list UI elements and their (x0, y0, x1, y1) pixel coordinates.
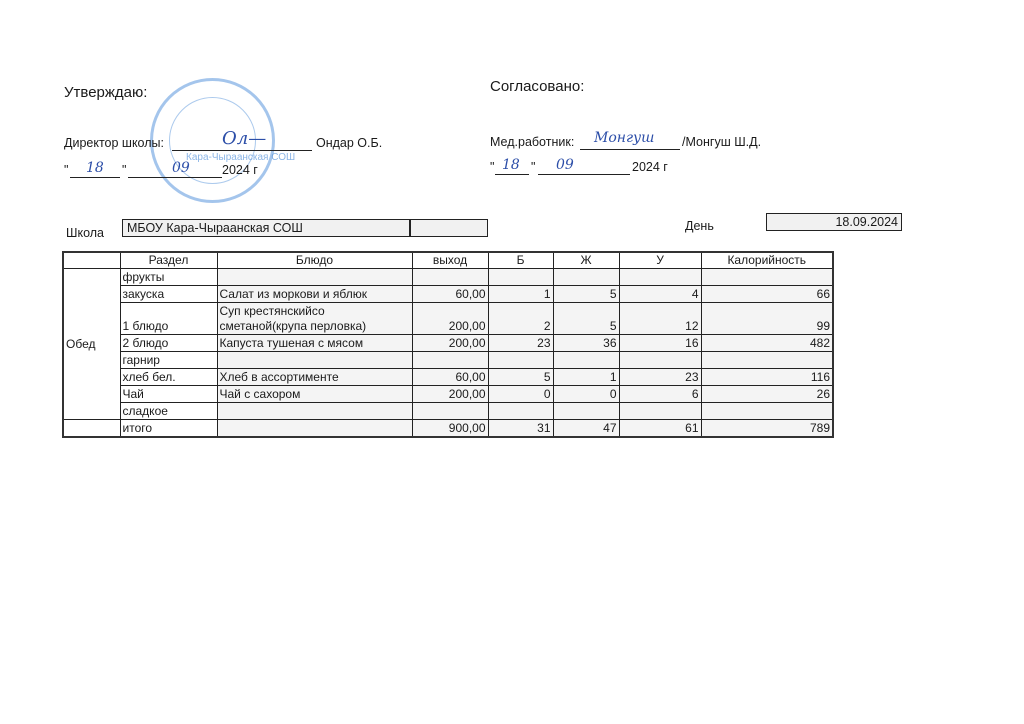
zh-cell (553, 269, 619, 286)
menu-table: Раздел Блюдо выход Б Ж У Калорийность Об… (62, 251, 834, 438)
zh-cell: 5 (553, 286, 619, 303)
med-signature-line (580, 149, 680, 150)
section-cell: сладкое (120, 403, 217, 420)
table-row: хлеб бел.Хлеб в ассортименте60,005123116 (63, 369, 833, 386)
zh-cell: 1 (553, 369, 619, 386)
b-cell (488, 269, 553, 286)
zh-cell (553, 403, 619, 420)
header-protein: Б (488, 252, 553, 269)
meal-cell-blank (63, 420, 120, 438)
zh-cell: 5 (553, 303, 619, 335)
med-day: 18 (502, 157, 520, 173)
med-date-quote-open: " (490, 160, 494, 174)
day-label: День (685, 219, 714, 233)
meal-cell: Обед (63, 269, 120, 420)
med-month: 09 (556, 157, 574, 173)
header-carbs: У (619, 252, 701, 269)
b-cell (488, 352, 553, 369)
table-row: 2 блюдоКапуста тушеная с мясом200,002336… (63, 335, 833, 352)
output-cell (412, 352, 488, 369)
dish-cell: Капуста тушеная с мясом (217, 335, 412, 352)
u-cell: 6 (619, 386, 701, 403)
section-cell: гарнир (120, 352, 217, 369)
u-cell: 12 (619, 303, 701, 335)
director-month: 09 (172, 160, 190, 176)
dish-cell (217, 403, 412, 420)
zh-cell: 47 (553, 420, 619, 438)
kcal-cell: 26 (701, 386, 833, 403)
b-cell: 0 (488, 386, 553, 403)
header-calories: Калорийность (701, 252, 833, 269)
output-cell: 900,00 (412, 420, 488, 438)
kcal-cell: 99 (701, 303, 833, 335)
b-cell: 1 (488, 286, 553, 303)
section-cell: итого (120, 420, 217, 438)
output-cell: 60,00 (412, 286, 488, 303)
zh-cell: 0 (553, 386, 619, 403)
med-date-quote-close: " (531, 160, 535, 174)
dish-cell (217, 269, 412, 286)
dish-cell: Салат из моркови и яблюк (217, 286, 412, 303)
u-cell (619, 269, 701, 286)
header-output: выход (412, 252, 488, 269)
dish-cell: Чай с сахором (217, 386, 412, 403)
day-field: 18.09.2024 (766, 213, 902, 231)
b-cell: 31 (488, 420, 553, 438)
kcal-cell (701, 269, 833, 286)
section-cell: Чай (120, 386, 217, 403)
u-cell (619, 352, 701, 369)
med-year: 2024 г (632, 160, 668, 174)
table-row: закускаСалат из моркови и яблюк60,001546… (63, 286, 833, 303)
table-row: ЧайЧай с сахором200,0000626 (63, 386, 833, 403)
u-cell (619, 403, 701, 420)
kcal-cell: 116 (701, 369, 833, 386)
kcal-cell (701, 403, 833, 420)
dish-cell: Суп крестянскийсо сметаной(крупа перловк… (217, 303, 412, 335)
table-row: 1 блюдоСуп крестянскийсо сметаной(крупа … (63, 303, 833, 335)
output-cell: 200,00 (412, 386, 488, 403)
director-name: Ондар О.Б. (316, 136, 382, 150)
director-day: 18 (86, 160, 104, 176)
output-cell: 60,00 (412, 369, 488, 386)
output-cell (412, 403, 488, 420)
date-quote-open: " (64, 163, 68, 177)
table-row: гарнир (63, 352, 833, 369)
director-label: Директор школы: (64, 136, 164, 150)
med-signature: Монгуш (594, 130, 654, 146)
section-cell: 1 блюдо (120, 303, 217, 335)
b-cell: 23 (488, 335, 553, 352)
director-signature: Ол— (222, 128, 266, 149)
dish-cell (217, 352, 412, 369)
table-row: сладкое (63, 403, 833, 420)
director-signature-line (172, 150, 312, 151)
med-month-line (538, 174, 630, 175)
kcal-cell: 789 (701, 420, 833, 438)
dish-cell: Хлеб в ассортименте (217, 369, 412, 386)
approval-title: Утверждаю: (64, 84, 147, 101)
med-name: /Монгуш Ш.Д. (682, 135, 761, 149)
month-line (128, 177, 222, 178)
table-row: итого900,00314761789 (63, 420, 833, 438)
school-extra-field (410, 219, 488, 237)
u-cell: 23 (619, 369, 701, 386)
director-year: 2024 г (222, 163, 258, 177)
section-cell: 2 блюдо (120, 335, 217, 352)
u-cell: 4 (619, 286, 701, 303)
output-cell: 200,00 (412, 303, 488, 335)
dish-cell (217, 420, 412, 438)
header-fat: Ж (553, 252, 619, 269)
output-cell: 200,00 (412, 335, 488, 352)
agreed-title: Согласовано: (490, 78, 584, 95)
stamp-text: Кара-Чыраанская СОШ (186, 152, 295, 163)
b-cell: 2 (488, 303, 553, 335)
med-label: Мед.работник: (490, 135, 574, 149)
table-row: Обедфрукты (63, 269, 833, 286)
u-cell: 16 (619, 335, 701, 352)
kcal-cell (701, 352, 833, 369)
kcal-cell: 482 (701, 335, 833, 352)
zh-cell: 36 (553, 335, 619, 352)
section-cell: хлеб бел. (120, 369, 217, 386)
b-cell: 5 (488, 369, 553, 386)
section-cell: закуска (120, 286, 217, 303)
header-section: Раздел (120, 252, 217, 269)
zh-cell (553, 352, 619, 369)
med-day-line (495, 174, 529, 175)
output-cell (412, 269, 488, 286)
header-blank (63, 252, 120, 269)
day-line (70, 177, 120, 178)
table-header-row: Раздел Блюдо выход Б Ж У Калорийность (63, 252, 833, 269)
u-cell: 61 (619, 420, 701, 438)
school-name-field: МБОУ Кара-Чыраанская СОШ (122, 219, 410, 237)
b-cell (488, 403, 553, 420)
kcal-cell: 66 (701, 286, 833, 303)
date-quote-close: " (122, 163, 126, 177)
header-dish: Блюдо (217, 252, 412, 269)
section-cell: фрукты (120, 269, 217, 286)
school-label: Школа (66, 226, 104, 240)
